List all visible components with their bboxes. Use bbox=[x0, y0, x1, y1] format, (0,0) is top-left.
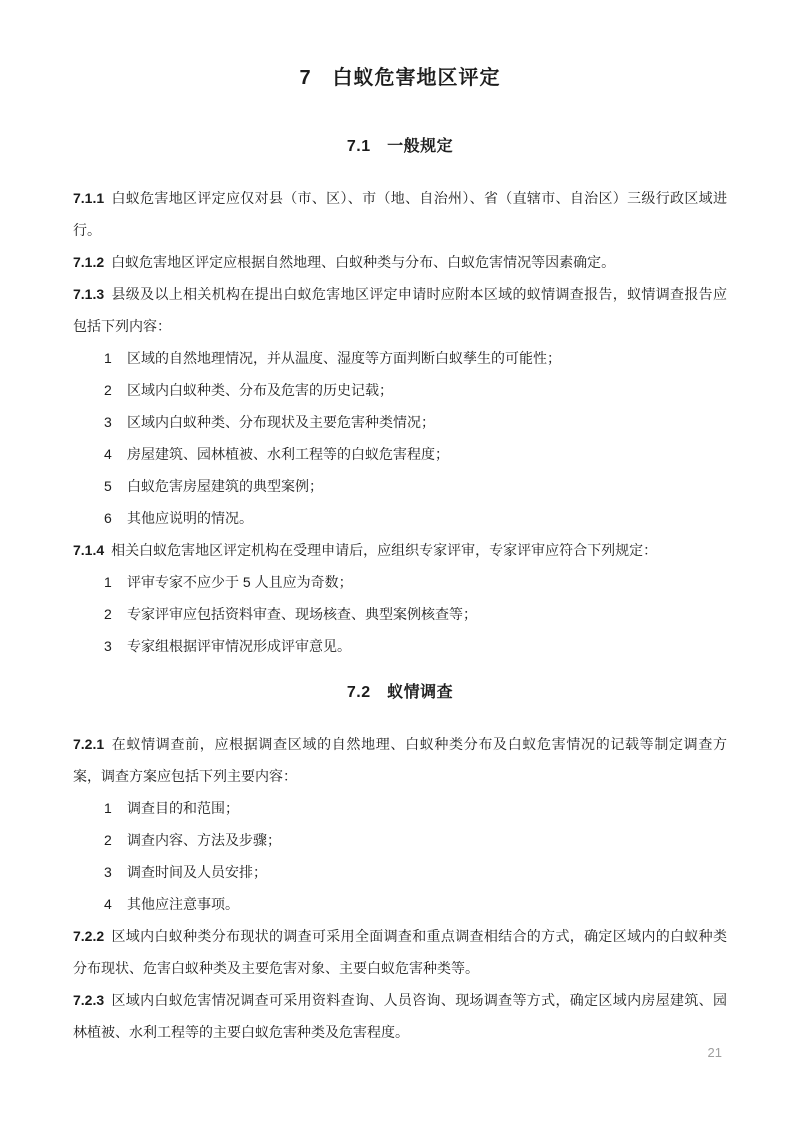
clause-paragraph: 7.1.1白蚁危害地区评定应仅对县（市、区）、市（地、自治州）、省（直辖市、自治… bbox=[73, 182, 727, 246]
list-item: 2调查内容、方法及步骤； bbox=[73, 824, 727, 856]
list-item-text: 白蚁危害房屋建筑的典型案例； bbox=[127, 470, 727, 502]
list-item-number: 1 bbox=[104, 566, 127, 598]
list-item: 4房屋建筑、园林植被、水利工程等的白蚁危害程度； bbox=[73, 438, 727, 470]
list-item-number: 3 bbox=[104, 630, 127, 662]
list-item-number: 5 bbox=[104, 470, 127, 502]
clause-text: 在蚁情调查前，应根据调查区域的自然地理、白蚁种类分布及白蚁危害情况的记载等制定调… bbox=[73, 736, 727, 784]
list-item-text: 专家评审应包括资料审查、现场核查、典型案例核查等； bbox=[127, 598, 727, 630]
section-heading: 7.2 蚁情调查 bbox=[73, 682, 727, 704]
list-item-number: 2 bbox=[104, 374, 127, 406]
clause-paragraph: 7.2.1在蚁情调查前，应根据调查区域的自然地理、白蚁种类分布及白蚁危害情况的记… bbox=[73, 728, 727, 792]
list-item-text: 其他应注意事项。 bbox=[127, 888, 727, 920]
clause-number: 7.1.1 bbox=[73, 190, 104, 206]
list-item-text: 调查时间及人员安排； bbox=[127, 856, 727, 888]
clause-number: 7.2.1 bbox=[73, 736, 104, 752]
list-item-text: 评审专家不应少于 5 人且应为奇数； bbox=[127, 566, 727, 598]
list-item-text: 区域的自然地理情况，并从温度、湿度等方面判断白蚁孳生的可能性； bbox=[127, 342, 727, 374]
list-item: 2区域内白蚁种类、分布及危害的历史记载； bbox=[73, 374, 727, 406]
list-item-text: 专家组根据评审情况形成评审意见。 bbox=[127, 630, 727, 662]
list-item-text: 区域内白蚁种类、分布现状及主要危害种类情况； bbox=[127, 406, 727, 438]
clause-number: 7.1.2 bbox=[73, 254, 104, 270]
clause-paragraph: 7.1.4相关白蚁危害地区评定机构在受理申请后，应组织专家评审，专家评审应符合下… bbox=[73, 534, 727, 566]
list-item: 3专家组根据评审情况形成评审意见。 bbox=[73, 630, 727, 662]
list-item: 4其他应注意事项。 bbox=[73, 888, 727, 920]
clause-text: 白蚁危害地区评定应根据自然地理、白蚁种类与分布、白蚁危害情况等因素确定。 bbox=[111, 254, 615, 270]
clause-text: 白蚁危害地区评定应仅对县（市、区）、市（地、自治州）、省（直辖市、自治区）三级行… bbox=[73, 190, 727, 238]
list-item-number: 2 bbox=[104, 598, 127, 630]
list-item-text: 调查内容、方法及步骤； bbox=[127, 824, 727, 856]
list-item: 1区域的自然地理情况，并从温度、湿度等方面判断白蚁孳生的可能性； bbox=[73, 342, 727, 374]
list-item-number: 3 bbox=[104, 856, 127, 888]
list-item-number: 4 bbox=[104, 888, 127, 920]
list-item-number: 6 bbox=[104, 502, 127, 534]
list-item-number: 1 bbox=[104, 342, 127, 374]
clause-number: 7.1.4 bbox=[73, 542, 104, 558]
list-item-text: 区域内白蚁种类、分布及危害的历史记载； bbox=[127, 374, 727, 406]
list-item: 3区域内白蚁种类、分布现状及主要危害种类情况； bbox=[73, 406, 727, 438]
list-item: 6其他应说明的情况。 bbox=[73, 502, 727, 534]
list-item-text: 其他应说明的情况。 bbox=[127, 502, 727, 534]
clause-paragraph: 7.2.2区域内白蚁种类分布现状的调查可采用全面调查和重点调查相结合的方式，确定… bbox=[73, 920, 727, 984]
section-heading: 7.1 一般规定 bbox=[73, 136, 727, 158]
list-item-text: 房屋建筑、园林植被、水利工程等的白蚁危害程度； bbox=[127, 438, 727, 470]
clause-text: 区域内白蚁种类分布现状的调查可采用全面调查和重点调查相结合的方式，确定区域内的白… bbox=[73, 928, 727, 976]
list-item-number: 4 bbox=[104, 438, 127, 470]
clause-text: 县级及以上相关机构在提出白蚁危害地区评定申请时应附本区域的蚁情调查报告，蚁情调查… bbox=[73, 286, 727, 334]
clause-text: 区域内白蚁危害情况调查可采用资料查询、人员咨询、现场调查等方式，确定区域内房屋建… bbox=[73, 992, 727, 1040]
document-page: 7 白蚁危害地区评定 7.1 一般规定7.1.1白蚁危害地区评定应仅对县（市、区… bbox=[0, 0, 800, 1130]
clause-paragraph: 7.1.3县级及以上相关机构在提出白蚁危害地区评定申请时应附本区域的蚁情调查报告… bbox=[73, 278, 727, 342]
clause-paragraph: 7.2.3区域内白蚁危害情况调查可采用资料查询、人员咨询、现场调查等方式，确定区… bbox=[73, 984, 727, 1048]
list-item-number: 1 bbox=[104, 792, 127, 824]
list-item: 5白蚁危害房屋建筑的典型案例； bbox=[73, 470, 727, 502]
list-item: 1调查目的和范围； bbox=[73, 792, 727, 824]
list-item-text: 调查目的和范围； bbox=[127, 792, 727, 824]
list-item: 3调查时间及人员安排； bbox=[73, 856, 727, 888]
list-item-number: 3 bbox=[104, 406, 127, 438]
chapter-title: 7 白蚁危害地区评定 bbox=[73, 64, 727, 92]
list-item: 1评审专家不应少于 5 人且应为奇数； bbox=[73, 566, 727, 598]
list-item: 2专家评审应包括资料审查、现场核查、典型案例核查等； bbox=[73, 598, 727, 630]
list-item-number: 2 bbox=[104, 824, 127, 856]
clause-text: 相关白蚁危害地区评定机构在受理申请后，应组织专家评审，专家评审应符合下列规定： bbox=[111, 542, 657, 558]
page-number: 21 bbox=[708, 1044, 722, 1062]
clause-number: 7.1.3 bbox=[73, 286, 104, 302]
clause-paragraph: 7.1.2白蚁危害地区评定应根据自然地理、白蚁种类与分布、白蚁危害情况等因素确定… bbox=[73, 246, 727, 278]
document-body: 7.1 一般规定7.1.1白蚁危害地区评定应仅对县（市、区）、市（地、自治州）、… bbox=[73, 136, 727, 1048]
clause-number: 7.2.2 bbox=[73, 928, 104, 944]
clause-number: 7.2.3 bbox=[73, 992, 104, 1008]
